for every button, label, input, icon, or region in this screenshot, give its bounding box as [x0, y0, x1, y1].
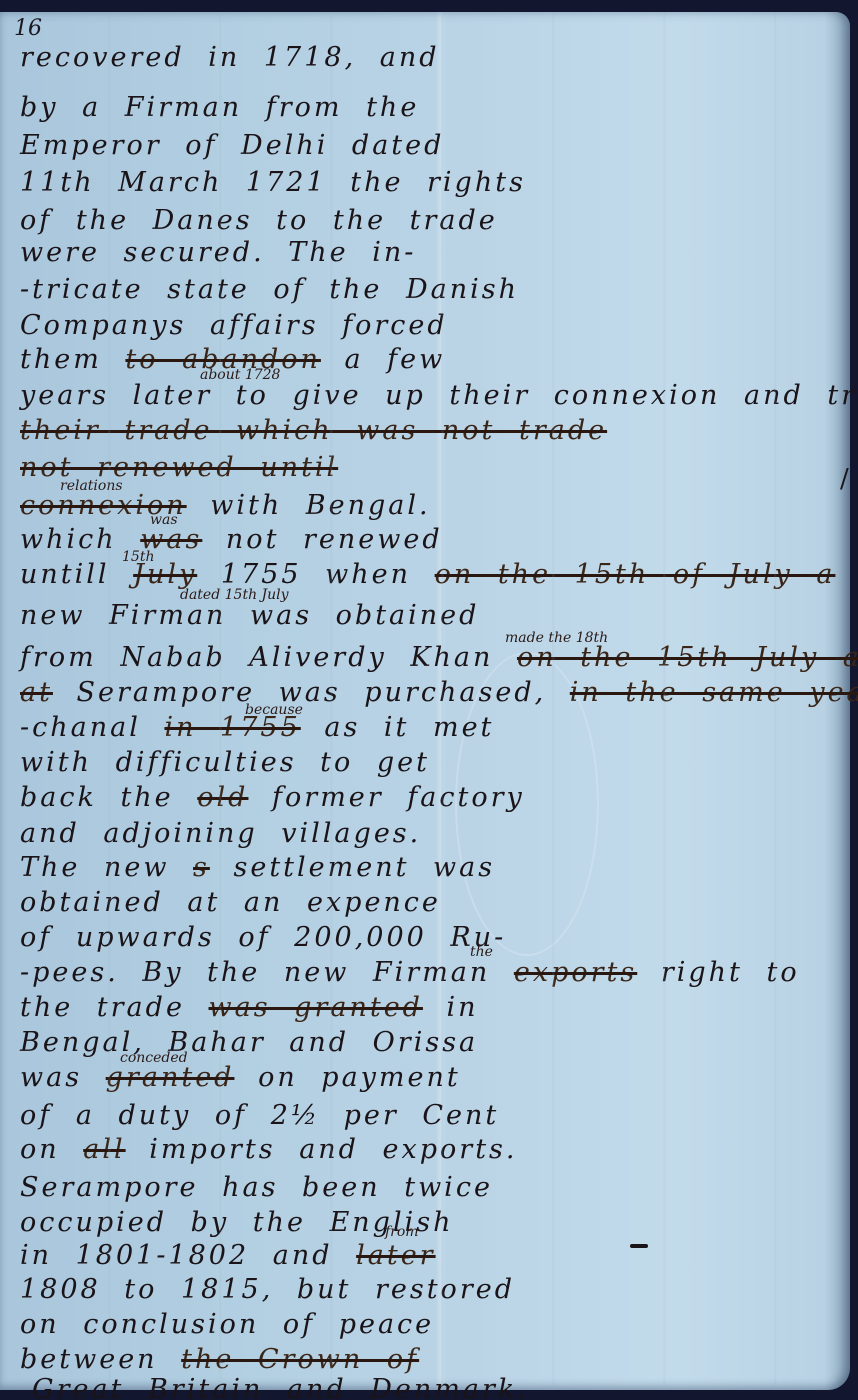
- text-line: Great Britain and Denmark.: [32, 1374, 529, 1400]
- text-line: of upwards of 200,000 Ru-: [20, 922, 506, 953]
- struck-text: old: [197, 782, 248, 813]
- text-line: Companys affairs forced: [20, 310, 448, 341]
- struck-text: on the 15th July and: [517, 642, 858, 673]
- struck-text: all: [83, 1134, 125, 1165]
- text-line: in 1801-1802 and later: [20, 1240, 436, 1271]
- struck-text: in 1755: [164, 712, 300, 743]
- text-line: recovered in 1718, and: [20, 42, 440, 73]
- struck-text: exports: [514, 957, 637, 988]
- text-line: obtained at an expence: [20, 887, 441, 918]
- text-line: years later to give up their connexion a…: [20, 380, 858, 411]
- text-line: were secured. The in-: [20, 237, 416, 268]
- text-line: with difficulties to get: [20, 747, 430, 778]
- text-line: untill July 1755 when on the 15th of Jul…: [20, 559, 835, 590]
- text-line: by a Firman from the: [20, 92, 419, 123]
- struck-text: granted: [106, 1062, 235, 1093]
- handwritten-text: recovered in 1718, and by a Firman from …: [0, 12, 850, 1390]
- text-line: back the old former factory: [20, 782, 525, 813]
- struck-text: their trade which was not trade: [20, 415, 607, 446]
- text-line: of a duty of 2½ per Cent: [20, 1100, 499, 1131]
- text-line: which was not renewed: [20, 524, 443, 555]
- struck-text: the Crown of: [181, 1344, 419, 1375]
- text-line: -chanal in 1755 as it met: [20, 712, 494, 743]
- text-line: Serampore has been twice: [20, 1172, 493, 1203]
- struck-text: at: [20, 677, 53, 708]
- struck-text: was granted: [209, 992, 423, 1023]
- text-line: 1808 to 1815, but restored: [20, 1274, 515, 1305]
- text-line: and adjoining villages.: [20, 818, 421, 849]
- margin-mark: /: [840, 464, 849, 494]
- struck-text: on the 15th of July a: [435, 559, 836, 590]
- struck-text: in the same year: [570, 677, 858, 708]
- struck-text: s: [193, 852, 210, 883]
- text-line: from Nabab Aliverdy Khan on the 15th Jul…: [20, 642, 858, 673]
- text-line: the trade was granted in: [20, 992, 479, 1023]
- manuscript-page: 16 recovered in 1718, and by a Firman fr…: [0, 12, 850, 1390]
- struck-text: later: [356, 1240, 435, 1271]
- text-line: Bengal, Bahar and Orissa: [20, 1027, 478, 1058]
- text-line: -pees. By the new Firman exports right t…: [20, 957, 800, 988]
- text-line: on conclusion of peace: [20, 1309, 434, 1340]
- ink-blot: [630, 1244, 648, 1248]
- text-line: their trade which was not trade: [20, 415, 607, 446]
- text-line: new Firman was obtained: [20, 600, 479, 631]
- interlinear-insertion: from: [385, 1224, 419, 1240]
- text-line: Emperor of Delhi dated: [20, 130, 444, 161]
- text-line: at Serampore was purchased, in the same …: [20, 677, 858, 708]
- photo-frame: 16 recovered in 1718, and by a Firman fr…: [0, 0, 858, 1400]
- text-line: of the Danes to the trade: [20, 205, 498, 236]
- text-line: connexion with Bengal.: [20, 490, 431, 521]
- struck-text: July: [133, 559, 197, 590]
- text-line: was granted on payment: [20, 1062, 461, 1093]
- text-line: 11th March 1721 the rights: [20, 167, 526, 198]
- text-line: between the Crown of: [20, 1344, 419, 1375]
- text-line: The new s settlement was: [20, 852, 495, 883]
- text-line: -tricate state of the Danish: [20, 274, 519, 305]
- text-line: on all imports and exports.: [20, 1134, 517, 1165]
